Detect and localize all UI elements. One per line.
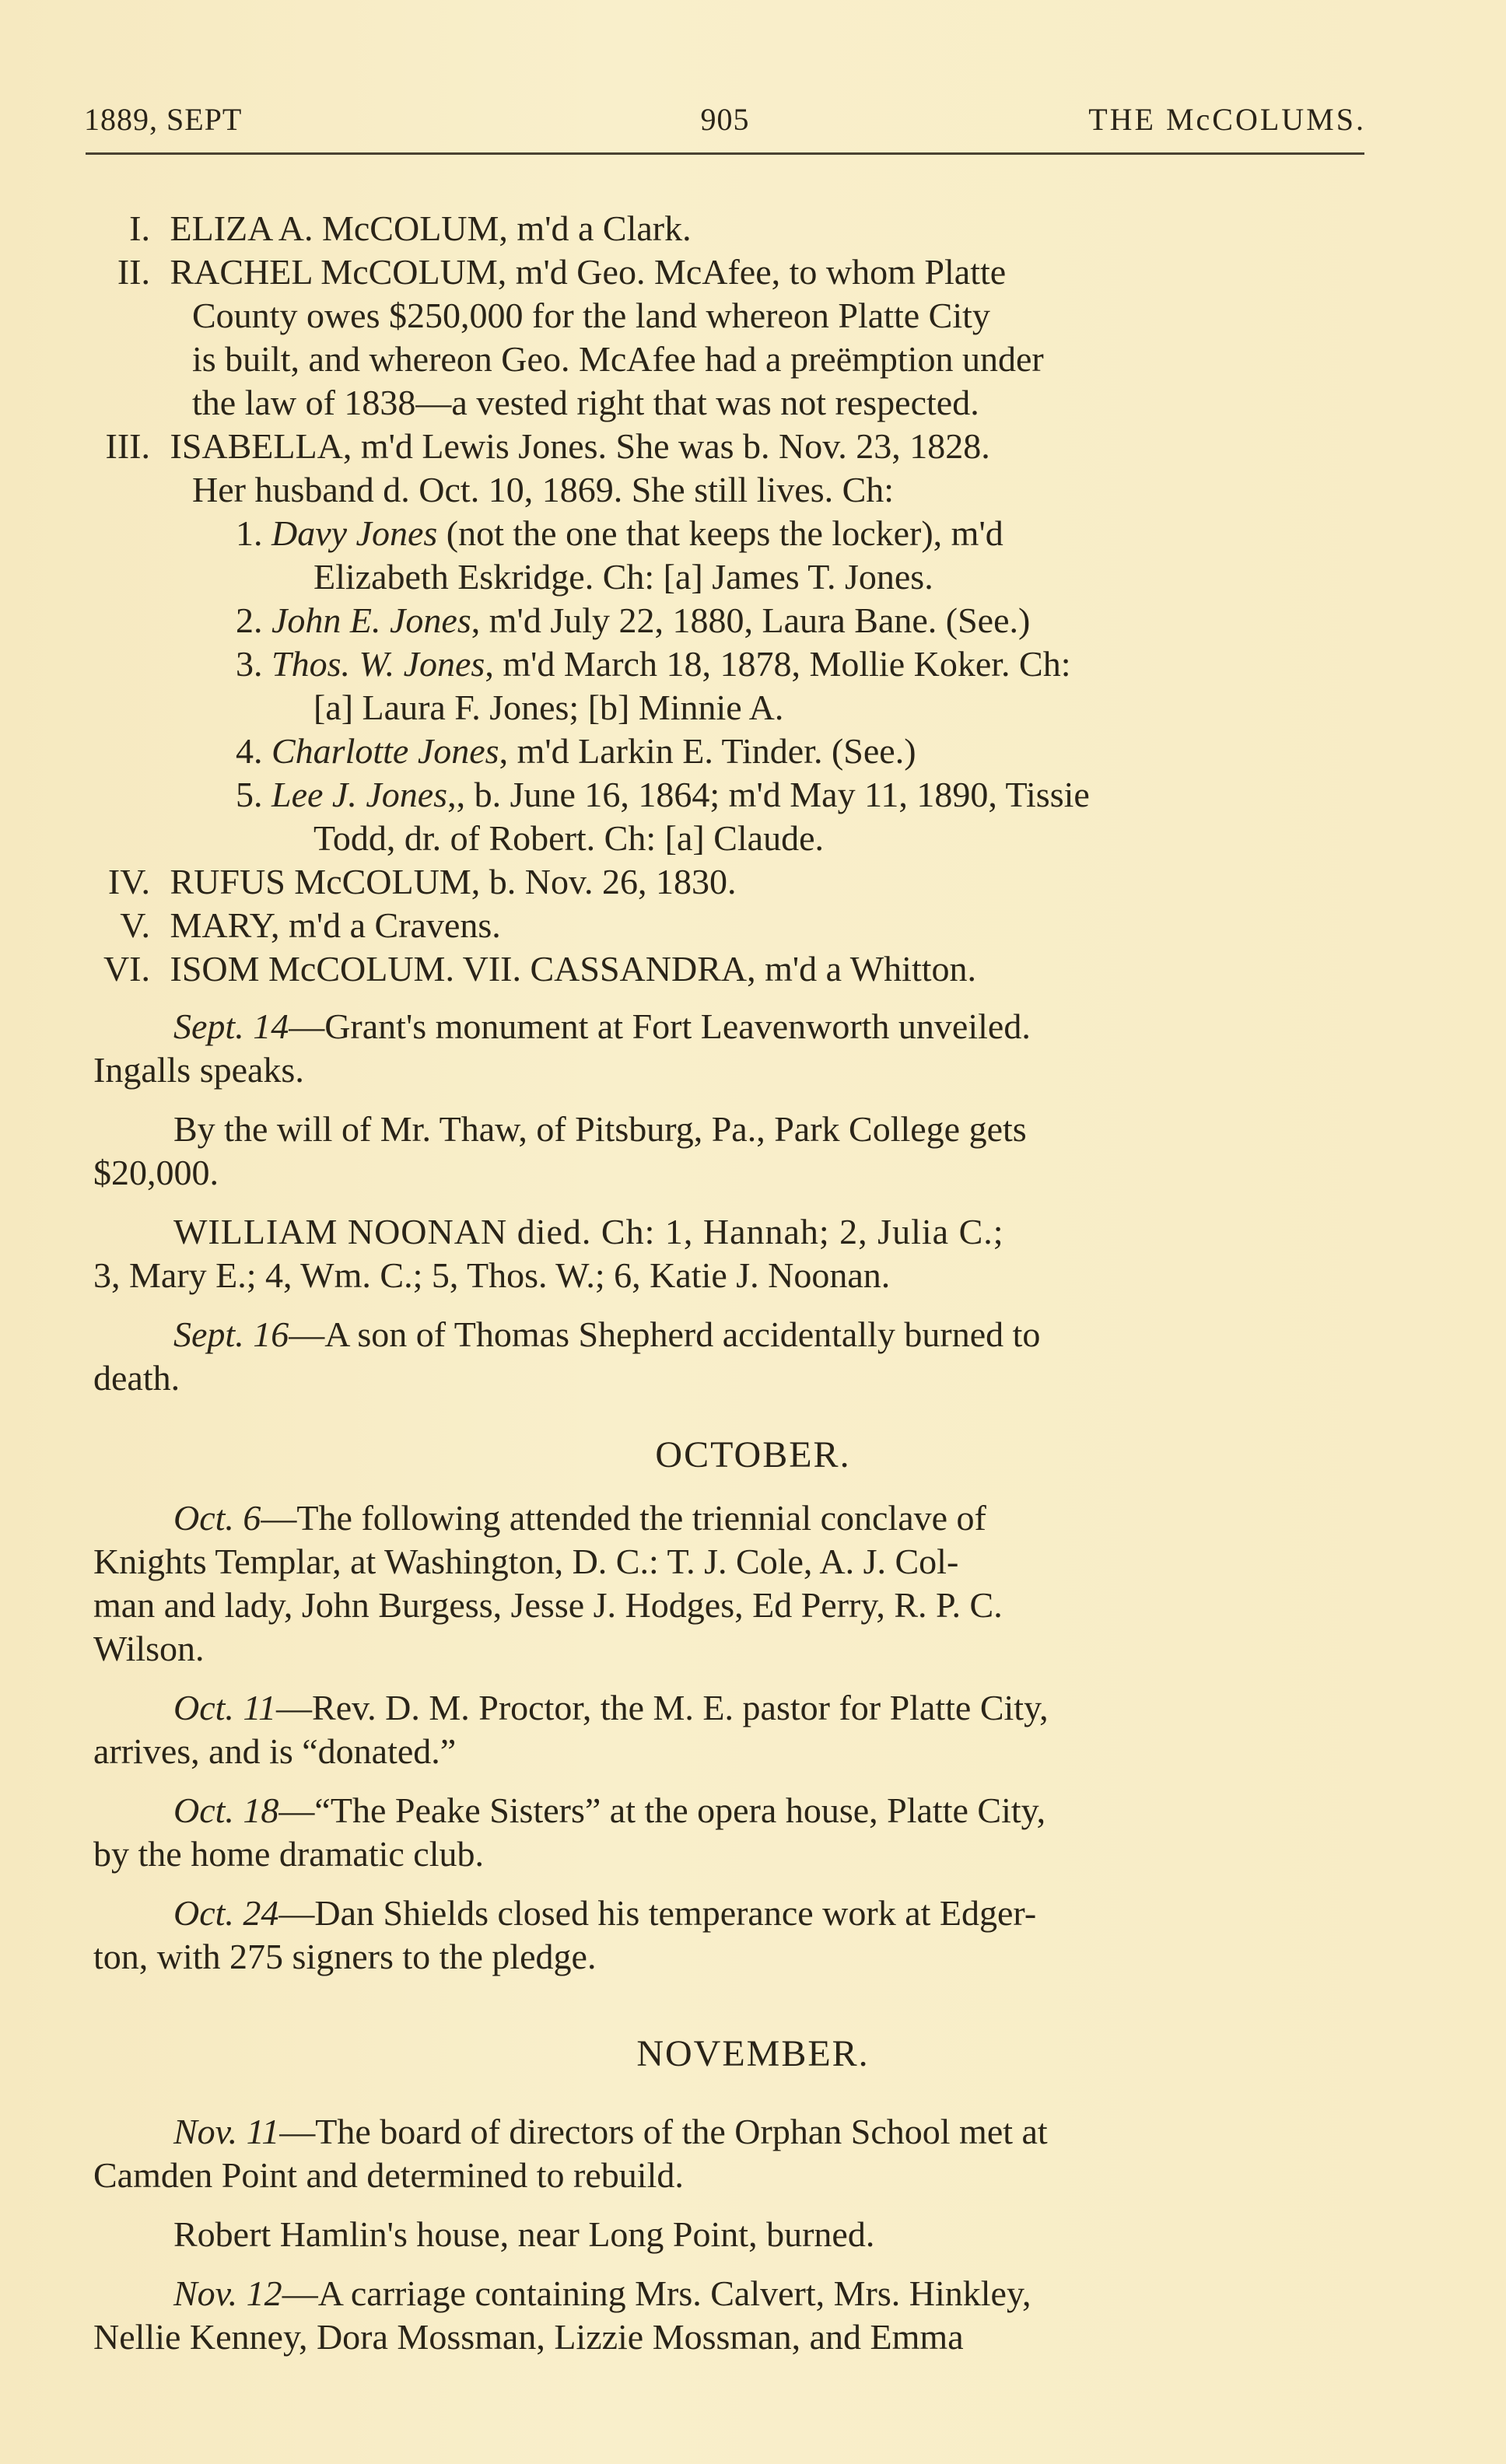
entry-numeral: II. xyxy=(103,250,150,294)
genealogy-entry-6: VI. ISOM McCOLUM. VII. CASSANDRA, m'd a … xyxy=(93,947,976,991)
entry-continuation: death. xyxy=(93,1356,180,1400)
sept-14-entry: Sept. 14—Grant's monument at Fort Leaven… xyxy=(93,1005,1369,1048)
entry-continuation: man and lady, John Burgess, Jesse J. Hod… xyxy=(93,1584,1003,1627)
genealogy-entry-2: II. RACHEL McCOLUM, m'd Geo. McAfee, to … xyxy=(103,250,1368,294)
entry-text: ISOM McCOLUM. VII. CASSANDRA, m'd a Whit… xyxy=(170,949,977,989)
entry-numeral: IV. xyxy=(93,860,150,904)
child-entry-5: 5. Lee J. Jones,, b. June 16, 1864; m'd … xyxy=(236,773,1090,817)
entry-continuation: ton, with 275 signers to the pledge. xyxy=(93,1935,596,1979)
child-text: , m'd July 22, 1880, Laura Bane. (See.) xyxy=(471,600,1031,640)
child-number: 2. xyxy=(236,600,263,640)
entry-text: —Dan Shields closed his temperance work … xyxy=(278,1893,1036,1933)
entry-numeral: V. xyxy=(93,904,150,947)
section-heading-october: OCTOBER. xyxy=(0,1433,1506,1477)
child-continuation: Todd, dr. of Robert. Ch: [a] Claude. xyxy=(313,817,824,860)
child-entry-4: 4. Charlotte Jones, m'd Larkin E. Tinder… xyxy=(236,730,916,773)
child-text: (not the one that keeps the locker), m'd xyxy=(437,513,1003,553)
child-text: , m'd March 18, 1878, Mollie Koker. Ch: xyxy=(485,644,1070,684)
entry-continuation: Nellie Kenney, Dora Mossman, Lizzie Moss… xyxy=(93,2315,964,2359)
entry-continuation: Wilson. xyxy=(93,1627,205,1671)
oct-11-entry: Oct. 11—Rev. D. M. Proctor, the M. E. pa… xyxy=(93,1686,1049,1730)
entry-continuation: Camden Point and determined to rebuild. xyxy=(93,2154,684,2197)
child-continuation: Elizabeth Eskridge. Ch: [a] James T. Jon… xyxy=(313,555,933,599)
entry-text: —Grant's monument at Fort Leavenworth un… xyxy=(289,1006,1031,1046)
entry-continuation: Knights Templar, at Washington, D. C.: T… xyxy=(93,1540,958,1584)
child-entry-3: 3. Thos. W. Jones, m'd March 18, 1878, M… xyxy=(236,642,1071,686)
oct-6-entry: Oct. 6—The following attended the trienn… xyxy=(93,1496,986,1540)
child-continuation: [a] Laura F. Jones; [b] Minnie A. xyxy=(313,686,783,730)
noonan-entry: WILLIAM NOONAN died. Ch: 1, Hannah; 2, J… xyxy=(173,1210,1004,1254)
park-college-entry: By the will of Mr. Thaw, of Pitsburg, Pa… xyxy=(173,1108,1027,1151)
section-heading-november: NOVEMBER. xyxy=(0,2032,1506,2076)
entry-continuation: $20,000. xyxy=(93,1151,219,1195)
child-name: Davy Jones xyxy=(271,513,437,553)
entry-text: MARY, m'd a Cravens. xyxy=(170,905,501,945)
nov-11-entry: Nov. 11—The board of directors of the Or… xyxy=(93,2110,1048,2154)
entry-date: Oct. 18 xyxy=(173,1790,278,1830)
entry-continuation: is built, and whereon Geo. McAfee had a … xyxy=(192,338,1044,381)
entry-continuation: Ingalls speaks. xyxy=(93,1048,304,1092)
hamlin-house-entry: Robert Hamlin's house, near Long Point, … xyxy=(173,2213,874,2256)
entry-text: RACHEL McCOLUM, m'd Geo. McAfee, to whom… xyxy=(170,252,1007,292)
child-number: 4. xyxy=(236,731,263,771)
entry-date: Sept. 14 xyxy=(173,1006,289,1046)
oct-18-entry: Oct. 18—“The Peake Sisters” at the opera… xyxy=(93,1789,1045,1832)
running-header: 1889, SEPT 905 THE McCOLUMS. xyxy=(84,95,1366,142)
genealogy-entry-3: III. ISABELLA, m'd Lewis Jones. She was … xyxy=(93,425,990,468)
child-entry-2: 2. John E. Jones, m'd July 22, 1880, Lau… xyxy=(236,599,1030,642)
entry-date: Oct. 11 xyxy=(173,1688,276,1727)
entry-continuation: arrives, and is “donated.” xyxy=(93,1730,456,1773)
entry-continuation: 3, Mary E.; 4, Wm. C.; 5, Thos. W.; 6, K… xyxy=(93,1254,890,1297)
entry-date: Oct. 6 xyxy=(173,1498,261,1538)
entry-text: —The following attended the triennial co… xyxy=(261,1498,986,1538)
child-number: 1. xyxy=(236,513,263,553)
header-rule xyxy=(86,152,1364,155)
entry-date: Oct. 24 xyxy=(173,1893,278,1933)
entry-text: —The board of directors of the Orphan Sc… xyxy=(279,2112,1047,2151)
child-text: , m'd Larkin E. Tinder. (See.) xyxy=(499,731,916,771)
child-name: Lee J. Jones xyxy=(271,775,447,814)
sept-16-entry: Sept. 16—A son of Thomas Shepherd accide… xyxy=(93,1313,1040,1356)
child-number: 5. xyxy=(236,775,263,814)
child-entry-1: 1. Davy Jones (not the one that keeps th… xyxy=(236,512,1003,555)
genealogy-entry-1: I. ELIZA A. McCOLUM, m'd a Clark. xyxy=(103,207,692,250)
entry-text: ISABELLA, m'd Lewis Jones. She was b. No… xyxy=(170,426,990,466)
entry-text: —A son of Thomas Shepherd accidentally b… xyxy=(289,1314,1040,1354)
child-name: John E. Jones xyxy=(271,600,471,640)
entry-text: —A carriage containing Mrs. Calvert, Mrs… xyxy=(282,2273,1031,2313)
entry-text: ELIZA A. McCOLUM, m'd a Clark. xyxy=(170,208,692,248)
header-title: THE McCOLUMS. xyxy=(1088,101,1366,138)
entry-date: Nov. 12 xyxy=(173,2273,282,2313)
genealogy-entry-4: IV. RUFUS McCOLUM, b. Nov. 26, 1830. xyxy=(93,860,736,904)
entry-continuation: the law of 1838—a vested right that was … xyxy=(192,381,979,425)
entry-text: —“The Peake Sisters” at the opera house,… xyxy=(278,1790,1045,1830)
entry-numeral: I. xyxy=(103,207,150,250)
entry-numeral: VI. xyxy=(93,947,150,991)
oct-24-entry: Oct. 24—Dan Shields closed his temperanc… xyxy=(93,1892,1036,1935)
book-page: 1889, SEPT 905 THE McCOLUMS. I. ELIZA A.… xyxy=(0,0,1506,2464)
child-text: ,, b. June 16, 1864; m'd May 11, 1890, T… xyxy=(447,775,1090,814)
child-number: 3. xyxy=(236,644,263,684)
entry-text: —Rev. D. M. Proctor, the M. E. pastor fo… xyxy=(276,1688,1049,1727)
entry-date: Sept. 16 xyxy=(173,1314,289,1354)
entry-continuation: Her husband d. Oct. 10, 1869. She still … xyxy=(192,468,894,512)
entry-continuation: County owes $250,000 for the land whereo… xyxy=(192,294,990,338)
entry-date: Nov. 11 xyxy=(173,2112,279,2151)
genealogy-entry-5: V. MARY, m'd a Cravens. xyxy=(93,904,501,947)
child-name: Thos. W. Jones xyxy=(271,644,485,684)
nov-12-entry: Nov. 12—A carriage containing Mrs. Calve… xyxy=(93,2272,1031,2315)
entry-continuation: by the home dramatic club. xyxy=(93,1832,484,1876)
entry-text: RUFUS McCOLUM, b. Nov. 26, 1830. xyxy=(170,862,737,901)
entry-numeral: III. xyxy=(93,425,150,468)
child-name: Charlotte Jones xyxy=(271,731,499,771)
